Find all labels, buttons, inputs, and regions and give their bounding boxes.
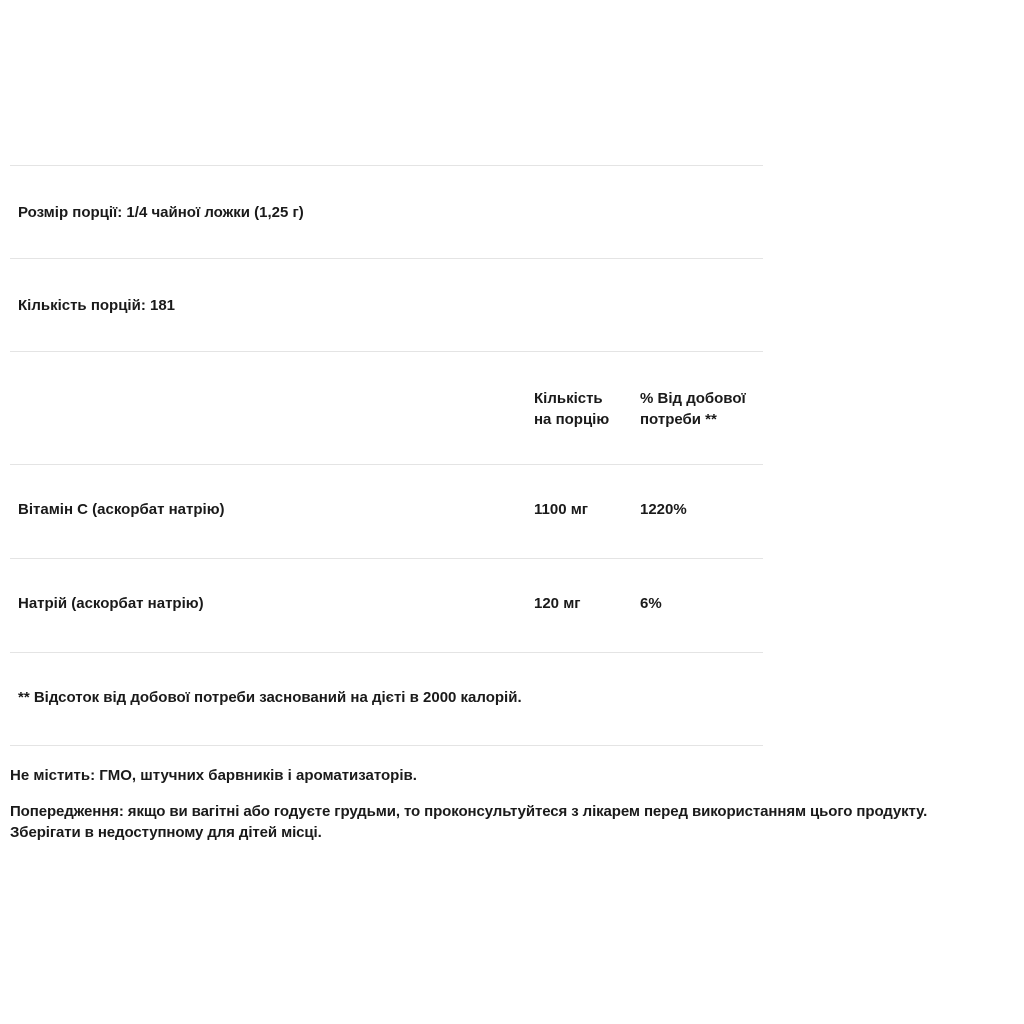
nutrient-daily-value: 6% bbox=[640, 595, 662, 612]
product-notes: Не містить: ГМО, штучних барвників і аро… bbox=[10, 766, 1020, 843]
nutrient-daily-value: 1220% bbox=[640, 501, 687, 518]
serving-size-text: Розмір порції: 1/4 чайної ложки (1,25 г) bbox=[18, 204, 304, 221]
supplement-facts-table: Розмір порції: 1/4 чайної ложки (1,25 г)… bbox=[10, 165, 763, 746]
nutrient-amount: 1100 мг bbox=[534, 501, 588, 518]
warning-line-1: Попередження: якщо ви вагітні або годуєт… bbox=[10, 801, 1020, 822]
nutrient-amount: 120 мг bbox=[534, 595, 581, 612]
table-row: Вітамін С (аскорбат натрію) 1100 мг 1220… bbox=[10, 464, 763, 558]
nutrient-name: Натрій (аскорбат натрію) bbox=[18, 595, 204, 612]
amount-per-serving-header: Кількість на порцію bbox=[534, 388, 629, 430]
table-header-row: Кількість на порцію % Від добової потреб… bbox=[10, 351, 763, 464]
dv-header-line1: % Від добової bbox=[640, 388, 760, 409]
daily-value-footnote: ** Відсоток від добової потреби заснован… bbox=[18, 689, 522, 706]
servings-count-text: Кількість порцій: 181 bbox=[18, 297, 175, 314]
nutrient-name: Вітамін С (аскорбат натрію) bbox=[18, 501, 225, 518]
serving-size-row: Розмір порції: 1/4 чайної ложки (1,25 г) bbox=[10, 165, 763, 258]
warning-text: Попередження: якщо ви вагітні або годуєт… bbox=[10, 801, 1020, 843]
dv-header-line2: потреби ** bbox=[640, 409, 760, 430]
amount-header-line2: на порцію bbox=[534, 409, 629, 430]
free-from-text: Не містить: ГМО, штучних барвників і аро… bbox=[10, 766, 1020, 786]
servings-count-row: Кількість порцій: 181 bbox=[10, 258, 763, 351]
amount-header-line1: Кількість bbox=[534, 388, 629, 409]
footnote-row: ** Відсоток від добової потреби заснован… bbox=[10, 652, 763, 746]
daily-value-header: % Від добової потреби ** bbox=[640, 388, 760, 430]
table-row: Натрій (аскорбат натрію) 120 мг 6% bbox=[10, 558, 763, 652]
warning-line-2: Зберігати в недоступному для дітей місці… bbox=[10, 822, 1020, 843]
